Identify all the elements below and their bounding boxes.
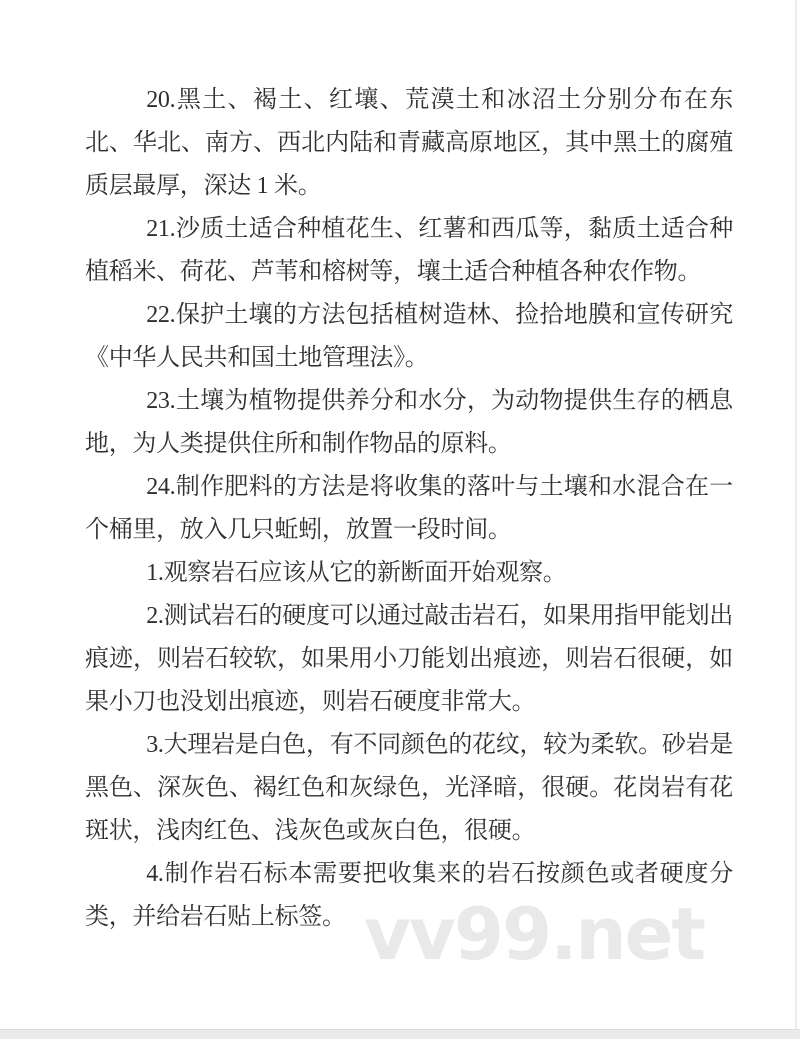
paragraph: 3.大理岩是白色，有不同颜色的花纹，较为柔软。砂岩是黑色、深灰色、褐红色和灰绿色… [85,724,733,853]
page-right-edge [795,0,797,1029]
document-page: vv99.net 20.黑土、褐土、红壤、荒漠土和冰沼土分别分布在东北、华北、南… [0,0,800,1039]
page-bottom-strip [0,1029,800,1039]
paragraph: 23.土壤为植物提供养分和水分，为动物提供生存的栖息地，为人类提供住所和制作物品… [85,380,733,466]
paragraph: 4.制作岩石标本需要把收集来的岩石按颜色或者硬度分类，并给岩石贴上标签。 [85,853,733,939]
paragraph: 2.测试岩石的硬度可以通过敲击岩石，如果用指甲能划出痕迹，则岩石较软，如果用小刀… [85,595,733,724]
paragraph: 20.黑土、褐土、红壤、荒漠土和冰沼土分别分布在东北、华北、南方、西北内陆和青藏… [85,79,733,208]
document-body: 20.黑土、褐土、红壤、荒漠土和冰沼土分别分布在东北、华北、南方、西北内陆和青藏… [85,79,733,939]
paragraph: 22.保护土壤的方法包括植树造林、捡拾地膜和宣传研究《中华人民共和国土地管理法》… [85,294,733,380]
paragraph: 21.沙质土适合种植花生、红薯和西瓜等，黏质土适合种植稻米、荷花、芦苇和榕树等，… [85,208,733,294]
paragraph: 24.制作肥料的方法是将收集的落叶与土壤和水混合在一个桶里，放入几只蚯蚓，放置一… [85,466,733,552]
paragraph: 1.观察岩石应该从它的新断面开始观察。 [85,552,733,595]
